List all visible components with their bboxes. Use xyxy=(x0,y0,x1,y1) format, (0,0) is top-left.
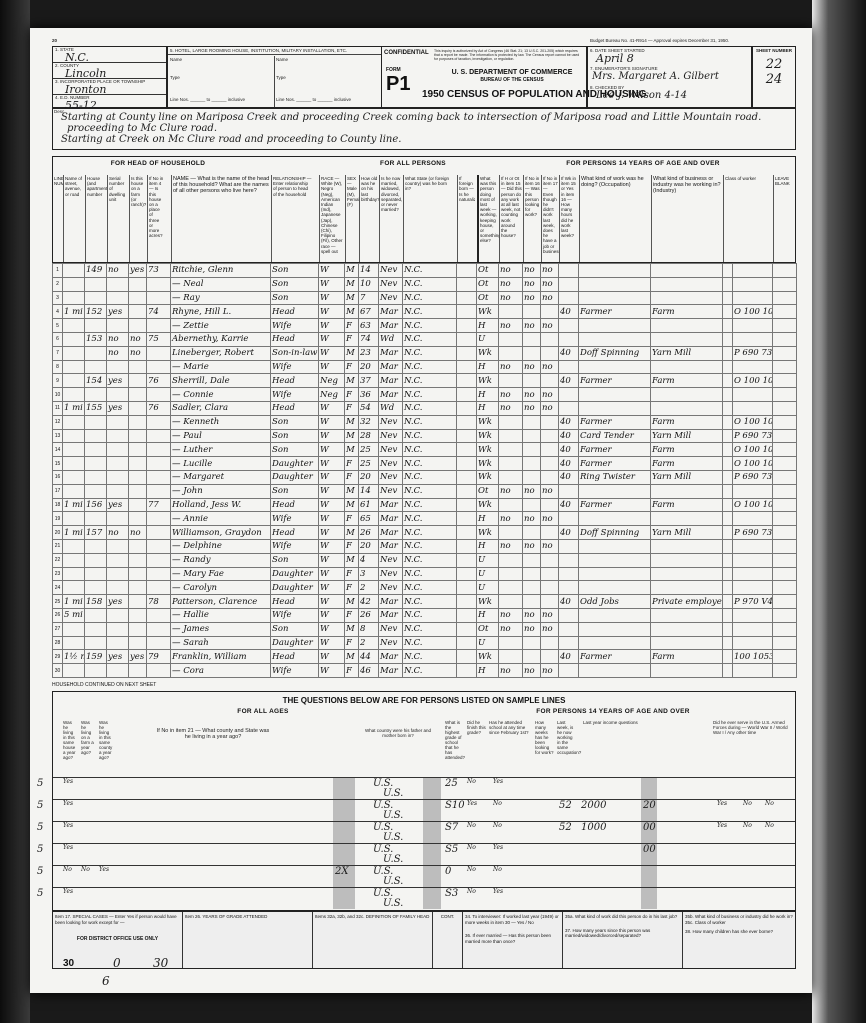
cell-house xyxy=(85,539,107,553)
blank-cell xyxy=(457,429,477,443)
inst-name-label: Name xyxy=(170,57,182,62)
cell-birthplace: N.C. xyxy=(403,595,457,609)
inst-lines-label: Line Nos. ______ to ______ inclusive xyxy=(170,97,245,102)
cell-name: Sadler, Clara xyxy=(171,401,271,415)
col-2: Name of street, avenue, or road xyxy=(63,175,85,262)
cell-hours: 40 xyxy=(559,374,579,388)
blank-cell xyxy=(723,512,733,526)
cell-occupation: Doff Spinning xyxy=(579,526,651,540)
blank-cell xyxy=(773,415,797,429)
cell-q15: Ot xyxy=(477,484,499,498)
class-and-code: O 100 1053 xyxy=(733,374,773,388)
class-and-code xyxy=(733,264,773,278)
cell-house: 158 xyxy=(85,595,107,609)
cell-industry xyxy=(651,332,723,346)
sample-row: 5YesU.S.U.S.S5NoYes00 xyxy=(53,843,795,865)
cell-industry xyxy=(651,388,723,402)
cell-q16 xyxy=(499,470,523,484)
attending-value: No xyxy=(493,822,502,829)
col-16: If H or Ot in item 15 — Did this person … xyxy=(499,175,523,262)
blank-cell xyxy=(457,622,477,636)
cell-q17 xyxy=(523,415,541,429)
mother-birthplace: U.S. xyxy=(383,854,403,865)
cell-industry xyxy=(651,581,723,595)
cell-acres xyxy=(147,291,171,305)
cell-industry xyxy=(651,664,723,678)
cell-rel: Wife xyxy=(271,512,319,526)
cell-marital: Mar xyxy=(379,539,403,553)
blank-cell xyxy=(773,291,797,305)
cell-q15: U xyxy=(477,553,499,567)
cell-serial xyxy=(107,388,129,402)
cell-birthplace: N.C. xyxy=(403,443,457,457)
line-number: 6 xyxy=(53,332,63,346)
blank-cell xyxy=(773,360,797,374)
cell-q16 xyxy=(499,457,523,471)
cell-hours xyxy=(559,388,579,402)
cell-hours xyxy=(559,581,579,595)
cell-street xyxy=(63,264,85,278)
cell-q15: Wk xyxy=(477,429,499,443)
class-and-code xyxy=(733,553,773,567)
cell-marital: Nev xyxy=(379,457,403,471)
blank-cell xyxy=(723,553,733,567)
cell-age: 25 xyxy=(359,443,379,457)
cell-marital: Nev xyxy=(379,636,403,650)
cell-rel: Son xyxy=(271,443,319,457)
cell-q15: U xyxy=(477,567,499,581)
table-row: 201 mi NW157nonoWilliamson, GraydonHeadW… xyxy=(53,526,797,540)
blank-cell xyxy=(457,608,477,622)
cell-rel: Wife xyxy=(271,608,319,622)
class-and-code: P 690 7391 xyxy=(733,470,773,484)
cell-serial xyxy=(107,415,129,429)
cell-industry xyxy=(651,319,723,333)
line-number: 19 xyxy=(53,512,63,526)
class-and-code: P 970 V441 xyxy=(733,595,773,609)
cell-acres: 73 xyxy=(147,264,171,278)
sheet-number-block: SHEET NUMBER 22 24 xyxy=(752,46,796,108)
cell-q16: no xyxy=(499,608,523,622)
cell-q15: Wk xyxy=(477,470,499,484)
cell-q15: Ot xyxy=(477,277,499,291)
blank-cell xyxy=(723,484,733,498)
cell-acres xyxy=(147,608,171,622)
blank-cell xyxy=(773,622,797,636)
cell-birthplace: N.C. xyxy=(403,553,457,567)
class-and-code xyxy=(733,360,773,374)
confidential-label: CONFIDENTIAL xyxy=(384,50,429,56)
cell-q15: Ot xyxy=(477,622,499,636)
cell-acres xyxy=(147,319,171,333)
cell-age: 25 xyxy=(359,457,379,471)
cell-q18: no xyxy=(541,319,559,333)
footer-block: Item 17. SPECIAL CASES — Enter Yes if pe… xyxy=(52,911,796,969)
class-and-code xyxy=(733,388,773,402)
cell-name: Ritchie, Glenn xyxy=(171,264,271,278)
cell-q16 xyxy=(499,636,523,650)
blank-cell xyxy=(457,512,477,526)
cell-sex: M xyxy=(345,346,359,360)
cell-house: 159 xyxy=(85,650,107,664)
cell-occupation xyxy=(579,512,651,526)
blank-cell xyxy=(723,567,733,581)
attending-value: No xyxy=(493,800,502,807)
cell-street xyxy=(63,512,85,526)
table-row: 22— RandySonWM4NevN.C.U xyxy=(53,553,797,567)
cell-race: W xyxy=(319,332,345,346)
blank-cell xyxy=(723,360,733,374)
cell-serial: no xyxy=(107,264,129,278)
cell-birthplace: N.C. xyxy=(403,622,457,636)
class-and-code: O 100 1053 xyxy=(733,415,773,429)
cell-birthplace: N.C. xyxy=(403,291,457,305)
cell-street xyxy=(63,346,85,360)
cell-marital: Nev xyxy=(379,429,403,443)
class-and-code xyxy=(733,277,773,291)
cell-industry xyxy=(651,553,723,567)
cell-farm xyxy=(129,443,147,457)
cell-marital: Mar xyxy=(379,512,403,526)
cell-farm xyxy=(129,457,147,471)
cell-marital: Nev xyxy=(379,484,403,498)
cell-house: 156 xyxy=(85,498,107,512)
cell-rel: Son xyxy=(271,553,319,567)
q21-answer: Yes xyxy=(63,888,73,895)
cell-sex: M xyxy=(345,498,359,512)
blank-cell xyxy=(457,636,477,650)
cell-rel: Daughter xyxy=(271,457,319,471)
cell-age: 26 xyxy=(359,526,379,540)
cell-age: 7 xyxy=(359,291,379,305)
line-number: 28 xyxy=(53,636,63,650)
cell-occupation: Farmer xyxy=(579,374,651,388)
cell-sex: F xyxy=(345,567,359,581)
cell-acres xyxy=(147,277,171,291)
blank-cell xyxy=(457,277,477,291)
cell-farm xyxy=(129,512,147,526)
cell-q18: no xyxy=(541,277,559,291)
q26-label: What is the highest grade of school that… xyxy=(445,720,465,760)
table-row: 41 mi NW152yes74Rhyne, Hill L.HeadWM67Ma… xyxy=(53,305,797,319)
blank-cell xyxy=(457,332,477,346)
line-number: 14 xyxy=(53,443,63,457)
cell-hours xyxy=(559,277,579,291)
cell-rel: Daughter xyxy=(271,581,319,595)
blank-cell xyxy=(773,595,797,609)
cell-age: 14 xyxy=(359,484,379,498)
cell-hours xyxy=(559,664,579,678)
cell-rel: Son xyxy=(271,415,319,429)
cell-hours: 40 xyxy=(559,443,579,457)
cell-q16 xyxy=(499,429,523,443)
cell-name: Franklin, William xyxy=(171,650,271,664)
cell-q16 xyxy=(499,443,523,457)
cell-rel: Son-in-law xyxy=(271,346,319,360)
cell-q18: no xyxy=(541,664,559,678)
cell-q15: U xyxy=(477,636,499,650)
cell-rel: Daughter xyxy=(271,567,319,581)
cell-name: Rhyne, Hill L. xyxy=(171,305,271,319)
cell-race: W xyxy=(319,457,345,471)
cell-q17 xyxy=(523,332,541,346)
cell-name: — James xyxy=(171,622,271,636)
table-row: 5— ZettieWifeWF63MarN.C.Hnonono xyxy=(53,319,797,333)
cell-birthplace: N.C. xyxy=(403,319,457,333)
col-12: Is he now married, widowed, divorced, se… xyxy=(379,175,403,262)
cell-acres xyxy=(147,622,171,636)
cell-house xyxy=(85,581,107,595)
cell-occupation xyxy=(579,636,651,650)
cell-name: — Carolyn xyxy=(171,581,271,595)
desc-label: Desc. xyxy=(54,109,66,114)
col-10: SEX — Male (M), Female (F) xyxy=(345,175,359,262)
cell-hours xyxy=(559,539,579,553)
cell-occupation xyxy=(579,553,651,567)
cell-serial: no xyxy=(107,526,129,540)
cell-sex: M xyxy=(345,553,359,567)
cell-occupation xyxy=(579,319,651,333)
cell-name: Patterson, Clarence xyxy=(171,595,271,609)
col-f-value: 00 xyxy=(643,822,656,833)
footer-school: Item 26. YEARS OF GRADE ATTENDED xyxy=(183,912,313,968)
blank-cell xyxy=(457,595,477,609)
cell-farm xyxy=(129,608,147,622)
cell-q16 xyxy=(499,526,523,540)
cell-age: 2 xyxy=(359,581,379,595)
cell-house xyxy=(85,664,107,678)
cell-occupation xyxy=(579,622,651,636)
col-5: Is this house on a farm (or ranch)? xyxy=(129,175,147,262)
footer-cont: CONT. xyxy=(433,912,463,968)
cell-q15: Wk xyxy=(477,346,499,360)
cell-q17 xyxy=(523,567,541,581)
blank-cell xyxy=(457,484,477,498)
line-number: 23 xyxy=(53,567,63,581)
cell-race: W xyxy=(319,608,345,622)
cell-q16: no xyxy=(499,319,523,333)
cell-hours: 40 xyxy=(559,526,579,540)
cell-q17 xyxy=(523,429,541,443)
cell-q16 xyxy=(499,581,523,595)
blank-cell xyxy=(723,374,733,388)
cell-rel: Son xyxy=(271,484,319,498)
class-and-code: O 100 1053 xyxy=(733,457,773,471)
cell-q17: no xyxy=(523,388,541,402)
col-f-value: 00 xyxy=(643,844,656,855)
cell-serial: yes xyxy=(107,498,129,512)
col-f-value: 20 xyxy=(643,800,656,811)
cell-q15: Wk xyxy=(477,498,499,512)
mother-birthplace: U.S. xyxy=(383,810,403,821)
budget-note: Budget Bureau No. 41-R914 — Approval exp… xyxy=(590,38,729,43)
cell-street xyxy=(63,415,85,429)
col-17: If No in item 16 — Was this person looki… xyxy=(523,175,541,262)
cell-sex: M xyxy=(345,291,359,305)
cell-street: 5 mi road xyxy=(63,608,85,622)
cell-industry xyxy=(651,277,723,291)
cell-race: W xyxy=(319,526,345,540)
census-table: 1149noyes73Ritchie, GlennSonWM14NevN.C.O… xyxy=(52,263,797,678)
cell-race: W xyxy=(319,429,345,443)
blank-cell xyxy=(723,415,733,429)
cell-q17 xyxy=(523,526,541,540)
cell-birthplace: N.C. xyxy=(403,429,457,443)
cell-farm: no xyxy=(129,346,147,360)
cell-industry: Private employers xyxy=(651,595,723,609)
blank-cell xyxy=(723,443,733,457)
cell-q18 xyxy=(541,636,559,650)
cell-sex: M xyxy=(345,264,359,278)
cell-hours xyxy=(559,608,579,622)
cell-occupation xyxy=(579,401,651,415)
blank-cell xyxy=(723,401,733,415)
blank-cell xyxy=(457,650,477,664)
cell-farm xyxy=(129,581,147,595)
cell-industry xyxy=(651,484,723,498)
blank-cell xyxy=(457,498,477,512)
cell-industry: Farm xyxy=(651,650,723,664)
blank-cell xyxy=(457,457,477,471)
cell-acres xyxy=(147,581,171,595)
cell-house xyxy=(85,470,107,484)
cell-serial xyxy=(107,636,129,650)
cell-farm xyxy=(129,388,147,402)
col-c: LEAVE BLANK xyxy=(773,175,797,262)
cell-marital: Nev xyxy=(379,581,403,595)
cell-age: 67 xyxy=(359,305,379,319)
cell-street xyxy=(63,277,85,291)
office-mid-value: 0 xyxy=(113,961,121,967)
line-number: 13 xyxy=(53,429,63,443)
blank-cell xyxy=(773,470,797,484)
cell-marital: Wd xyxy=(379,401,403,415)
cell-house xyxy=(85,319,107,333)
line-number: 3 xyxy=(53,291,63,305)
cell-race: W xyxy=(319,264,345,278)
cell-farm xyxy=(129,319,147,333)
cell-name: — Cora xyxy=(171,664,271,678)
blank-cell xyxy=(457,374,477,388)
footer-special: Item 17. SPECIAL CASES — Enter Yes if pe… xyxy=(53,912,183,968)
cell-marital: Mar xyxy=(379,319,403,333)
cell-farm xyxy=(129,484,147,498)
form-number: 20 xyxy=(52,38,57,43)
scan-border-left xyxy=(0,0,30,1023)
cell-serial: yes xyxy=(107,650,129,664)
cell-street xyxy=(63,443,85,457)
cell-marital: Wd xyxy=(379,332,403,346)
ww2-answer: Yes xyxy=(717,800,727,807)
table-row: 7nonoLineberger, RobertSon-in-lawWM23Mar… xyxy=(53,346,797,360)
confidential-note: This inquiry is authorized by Act of Con… xyxy=(434,49,584,61)
col-9: RACE — White (W), Negro (Neg), American … xyxy=(319,175,345,262)
cell-house xyxy=(85,346,107,360)
finished-value: No xyxy=(467,888,476,895)
col-20b: What kind of business or industry was he… xyxy=(651,175,723,262)
cell-age: 2 xyxy=(359,636,379,650)
cell-occupation: Farmer xyxy=(579,650,651,664)
cell-occupation xyxy=(579,484,651,498)
finished-value: No xyxy=(467,866,476,873)
cell-street: 1 mi NW xyxy=(63,526,85,540)
col-18: If No in item 17 — Even though he didn't… xyxy=(541,175,559,262)
cell-sex: F xyxy=(345,401,359,415)
cell-house xyxy=(85,636,107,650)
cell-farm xyxy=(129,401,147,415)
cell-race: W xyxy=(319,512,345,526)
cell-q17 xyxy=(523,443,541,457)
blank-cell xyxy=(723,526,733,540)
cell-acres: 76 xyxy=(147,374,171,388)
continued-note: HOUSEHOLD CONTINUED ON NEXT SHEET xyxy=(52,682,156,688)
cell-q17: no xyxy=(523,484,541,498)
cell-hours: 40 xyxy=(559,305,579,319)
blank-cell xyxy=(773,457,797,471)
cell-q15: H xyxy=(477,401,499,415)
line-number: 21 xyxy=(53,539,63,553)
cell-race: W xyxy=(319,664,345,678)
weeks-value: 52 xyxy=(559,800,572,811)
cell-acres xyxy=(147,539,171,553)
cell-q15: H xyxy=(477,319,499,333)
blank-cell xyxy=(773,512,797,526)
cell-age: 3 xyxy=(359,567,379,581)
cell-q18: no xyxy=(541,512,559,526)
attending-value: Yes xyxy=(493,778,503,785)
cell-hours: 40 xyxy=(559,415,579,429)
desc-line-3: Starting at Creek on Mc Clure road and p… xyxy=(53,134,795,145)
cell-birthplace: N.C. xyxy=(403,305,457,319)
cell-industry: Farm xyxy=(651,498,723,512)
blank-cell xyxy=(723,388,733,402)
cell-q18 xyxy=(541,443,559,457)
cell-name: Abernethy, Karrie xyxy=(171,332,271,346)
cell-occupation xyxy=(579,539,651,553)
cell-house xyxy=(85,512,107,526)
col-15: What was this person doing most of last … xyxy=(477,175,499,262)
cell-q17 xyxy=(523,650,541,664)
attending-value: Yes xyxy=(493,888,503,895)
footer-q35b-38: 35b. What kind of business or industry d… xyxy=(683,912,797,968)
cell-farm xyxy=(129,470,147,484)
blank-cell xyxy=(723,305,733,319)
cell-industry: Farm xyxy=(651,305,723,319)
income-value: 1000 xyxy=(581,822,606,833)
cell-q18 xyxy=(541,526,559,540)
q22-label: Was he living on a farm a year ago? xyxy=(81,720,95,755)
cell-sex: F xyxy=(345,664,359,678)
finished-value: No xyxy=(467,778,476,785)
cell-occupation: Doff Spinning xyxy=(579,346,651,360)
cell-marital: Nev xyxy=(379,567,403,581)
sample-row: 5YesU.S.U.S.25NoYes xyxy=(53,777,795,799)
col-20a: What kind of work was he doing? (Occupat… xyxy=(579,175,651,262)
cell-birthplace: N.C. xyxy=(403,457,457,471)
cell-q17 xyxy=(523,498,541,512)
cell-rel: Head xyxy=(271,595,319,609)
blank-cell xyxy=(457,401,477,415)
cell-q15: H xyxy=(477,360,499,374)
cell-occupation xyxy=(579,291,651,305)
blank-cell xyxy=(457,539,477,553)
line-number: 12 xyxy=(53,415,63,429)
cell-hours xyxy=(559,332,579,346)
cell-sex: F xyxy=(345,457,359,471)
line-number: 2 xyxy=(53,277,63,291)
cell-serial xyxy=(107,608,129,622)
blank-cell xyxy=(773,484,797,498)
